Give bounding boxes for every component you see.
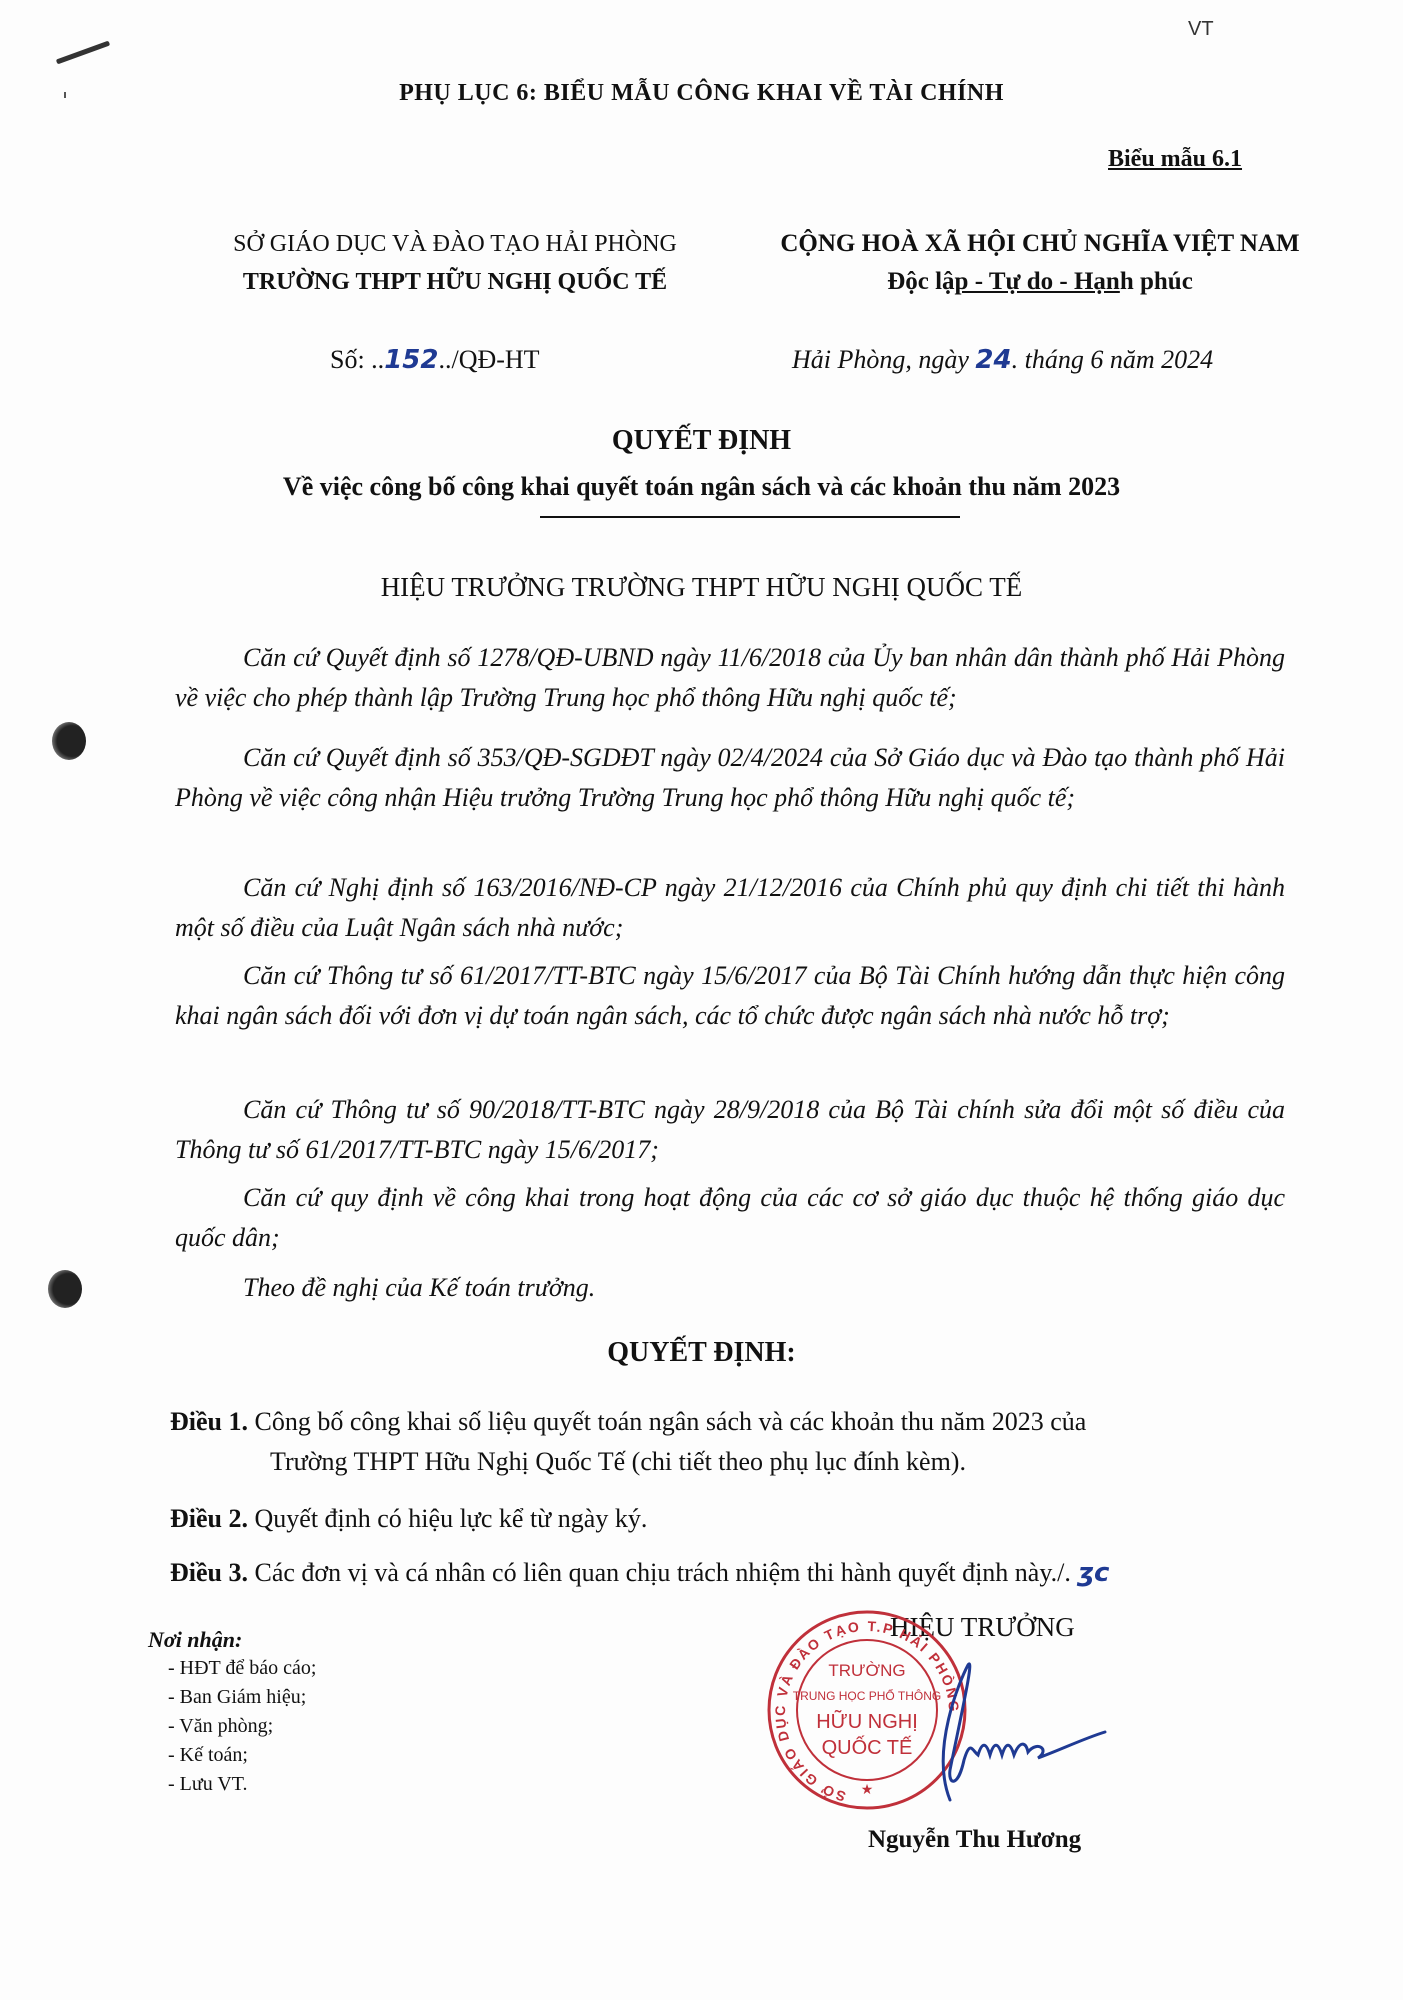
legal-basis-7: Theo đề nghị của Kế toán trưởng.	[175, 1268, 1285, 1308]
recipient-item: - Kế toán;	[168, 1741, 316, 1770]
recipient-item: - HĐT để báo cáo;	[168, 1654, 316, 1683]
document-number: Số: ..152../QĐ-HT	[330, 345, 540, 375]
recipient-item: - Ban Giám hiệu;	[168, 1683, 316, 1712]
legal-basis-4: Căn cứ Thông tư số 61/2017/TT-BTC ngày 1…	[175, 956, 1285, 1036]
article-1: Điều 1. Công bố công khai số liệu quyết …	[170, 1402, 1310, 1482]
recipients-list: - HĐT để báo cáo; - Ban Giám hiệu; - Văn…	[148, 1654, 316, 1799]
legal-basis-6: Căn cứ quy định về công khai trong hoạt …	[175, 1178, 1285, 1258]
national-motto: Độc lập - Tự do - Hạnh phúc	[760, 263, 1320, 301]
decision-subtitle: Về việc công bố công khai quyết toán ngâ…	[0, 472, 1403, 502]
national-header: CỘNG HOÀ XÃ HỘI CHỦ NGHĨA VIỆT NAM Độc l…	[760, 225, 1320, 301]
subtitle-underline	[540, 516, 960, 518]
article-3: Điều 3. Các đơn vị và cá nhân có liên qu…	[170, 1553, 1310, 1593]
recipients-block: Nơi nhận: - HĐT để báo cáo; - Ban Giám h…	[148, 1625, 316, 1799]
svg-text:TRƯỜNG: TRƯỜNG	[828, 1661, 905, 1680]
form-label: Biểu mẫu 6.1	[1108, 146, 1242, 173]
corner-mark: VT	[1188, 18, 1214, 41]
punch-hole	[48, 1270, 82, 1308]
punch-hole	[52, 722, 86, 760]
staple-mark	[56, 41, 110, 65]
issuing-authority: HIỆU TRƯỞNG TRƯỜNG THPT HỮU NGHỊ QUỐC TẾ	[0, 572, 1403, 603]
issuer-school: TRƯỜNG THPT HỮU NGHỊ QUỐC TẾ	[195, 263, 715, 301]
place-date: Hải Phòng, ngày 24. tháng 6 năm 2024	[792, 345, 1213, 375]
issuer-header: SỞ GIÁO DỤC VÀ ĐÀO TẠO HẢI PHÒNG TRƯỜNG …	[195, 225, 715, 301]
handwritten-initials: ʒc	[1077, 1558, 1109, 1588]
national-name: CỘNG HOÀ XÃ HỘI CHỦ NGHĨA VIỆT NAM	[760, 225, 1320, 263]
decision-heading: QUYẾT ĐỊNH:	[0, 1337, 1403, 1369]
recipient-item: - Văn phòng;	[168, 1712, 316, 1741]
legal-basis-5: Căn cứ Thông tư số 90/2018/TT-BTC ngày 2…	[175, 1090, 1285, 1170]
signer-name: Nguyễn Thu Hương	[868, 1826, 1081, 1854]
legal-basis-1: Căn cứ Quyết định số 1278/QĐ-UBND ngày 1…	[175, 638, 1285, 718]
appendix-title: PHỤ LỤC 6: BIỂU MẪU CÔNG KHAI VỀ TÀI CHÍ…	[0, 80, 1403, 107]
svg-text:★: ★	[861, 1781, 874, 1797]
signature	[920, 1660, 1110, 1810]
svg-text:HỮU NGHỊ: HỮU NGHỊ	[816, 1709, 918, 1733]
decision-title: QUYẾT ĐỊNH	[0, 425, 1403, 457]
legal-basis-3: Căn cứ Nghị định số 163/2016/NĐ-CP ngày …	[175, 868, 1285, 948]
article-2: Điều 2. Quyết định có hiệu lực kể từ ngà…	[170, 1499, 1310, 1539]
legal-basis-2: Căn cứ Quyết định số 353/QĐ-SGDĐT ngày 0…	[175, 738, 1285, 818]
handwritten-number: 152	[384, 345, 438, 375]
svg-text:TRUNG HỌC PHỔ THÔNG: TRUNG HỌC PHỔ THÔNG	[793, 1688, 941, 1703]
handwritten-day: 24	[975, 345, 1011, 375]
recipients-title: Nơi nhận:	[148, 1625, 316, 1654]
issuer-department: SỞ GIÁO DỤC VÀ ĐÀO TẠO HẢI PHÒNG	[195, 225, 715, 263]
recipient-item: - Lưu VT.	[168, 1770, 316, 1799]
svg-text:QUỐC TẾ: QUỐC TẾ	[822, 1735, 913, 1759]
